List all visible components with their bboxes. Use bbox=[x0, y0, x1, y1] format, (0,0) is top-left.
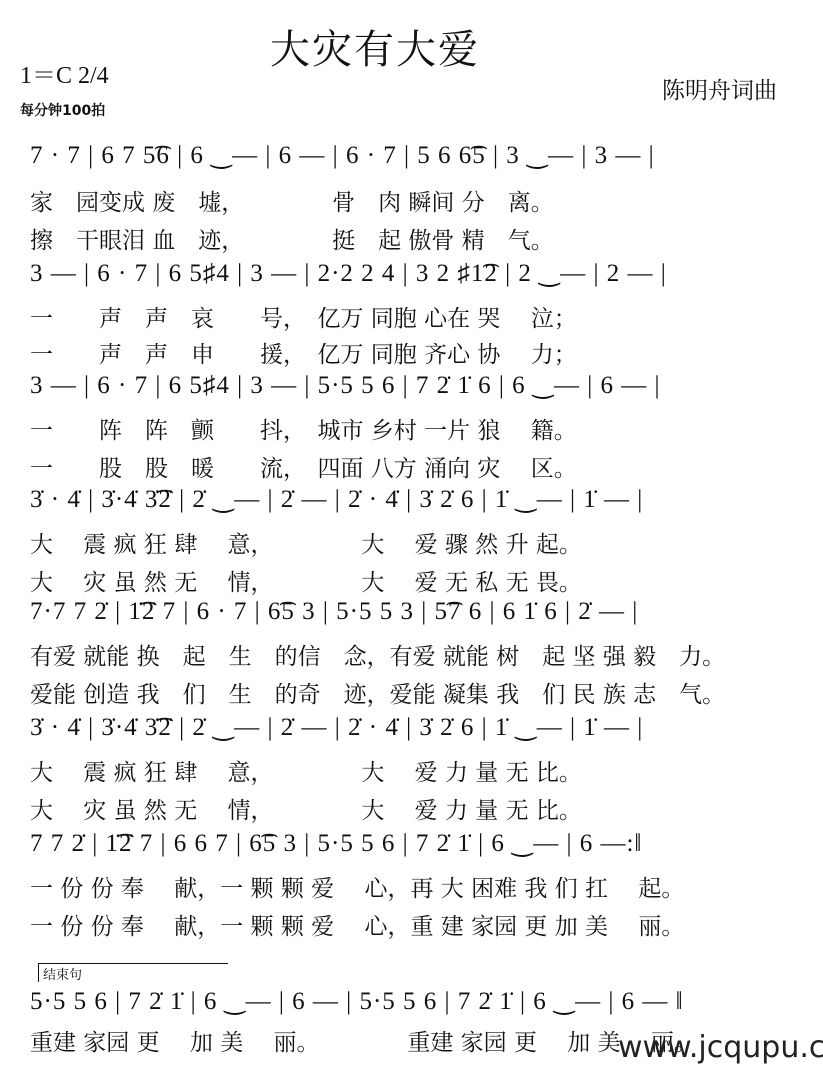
lyric-verse-2: 大 灾 虽 然 无 情， 大 爱 无 私 无 畏。 bbox=[30, 564, 582, 597]
lyric-verse-1: 大 震 疯 狂 肆 意， 大 爱 力 量 无 比。 bbox=[30, 754, 582, 787]
notation-line: 3 — | 6 · 7 | 6 5♯4 | 3 — | 5·5 5 6 | 7 … bbox=[30, 370, 661, 400]
lyric-verse-2: 大 灾 虽 然 无 情， 大 爱 力 量 无 比。 bbox=[30, 792, 582, 825]
notation-line: 7 7 2̇ | 1̇͡2̇ 7 | 6 6 7 | 6͡5 3 | 5·5 5… bbox=[30, 828, 642, 858]
lyric-verse-1: 一 份 份 奉 献，一 颗 颗 爱 心，再 大 困难 我 们 扛 起。 bbox=[30, 870, 684, 903]
lyric-verse-1: 一 声 声 哀 号， 亿万 同胞 心在 哭 泣； bbox=[30, 300, 577, 333]
notation-line: 3 — | 6 · 7 | 6 5♯4 | 3 — | 2·2 2 4 | 3 … bbox=[30, 258, 667, 288]
song-title: 大灾有大爱 bbox=[270, 18, 480, 75]
tempo-marking: 每分钟100拍 bbox=[20, 100, 105, 120]
notation-line: 7·7 7 2̇ | 1̇͡2̇ 7 | 6 · 7 | 6͡5 3 | 5·5… bbox=[30, 598, 638, 626]
lyric-verse-1: 有爱 就能 换 起 生 的信 念，有爱 就能 树 起 坚 强 毅 力。 bbox=[30, 638, 725, 671]
site-watermark: www.jcqupu.com bbox=[618, 1030, 823, 1065]
lyric-verse-1: 家 园变成 废 墟， 骨 肉 瞬间 分 离。 bbox=[30, 184, 554, 217]
lyric-verse-1: 大 震 疯 狂 肆 意， 大 爱 骤 然 升 起。 bbox=[30, 526, 582, 559]
key-time-signature: 1＝C 2/4 bbox=[20, 55, 109, 90]
composer-credit: 陈明舟词曲 bbox=[662, 72, 777, 105]
lyric-verse-2: 一 股 股 暖 流， 四面 八方 涌向 灾 区。 bbox=[30, 450, 577, 483]
notation-line: 5·5 5 6 | 7 2̇ 1̇ | 6 ‿— | 6 — | 5·5 5 6… bbox=[30, 986, 684, 1016]
lyric-verse-2: 一 份 份 奉 献，一 颗 颗 爱 心，重 建 家园 更 加 美 丽。 bbox=[30, 908, 684, 941]
notation-line: 7 · 7 | 6 7 5͡6 | 6 ‿— | 6 — | 6 · 7 | 5… bbox=[30, 140, 655, 170]
lyric-verse-2: 一 声 声 申 援， 亿万 同胞 齐心 协 力； bbox=[30, 336, 577, 369]
lyric-verse-1: 一 阵 阵 颤 抖， 城市 乡村 一片 狼 籍。 bbox=[30, 412, 577, 445]
lyric-ending: 重建 家园 更 加 美 丽。 重建 家园 更 加 美 丽。 bbox=[30, 1024, 697, 1057]
notation-line: 3̇ · 4̇ | 3̇·4̇ 3̇͡2̇ | 2̇ ‿— | 2̇ — | 2… bbox=[30, 712, 643, 742]
lyric-verse-2: 擦 干眼泪 血 迹， 挺 起 傲骨 精 气。 bbox=[30, 222, 554, 255]
ending-bracket-label: 结束句 bbox=[38, 963, 228, 982]
lyric-verse-2: 爱能 创造 我 们 生 的奇 迹，爱能 凝集 我 们 民 族 志 气。 bbox=[30, 676, 725, 709]
notation-line: 3̇ · 4̇ | 3̇·4̇ 3̇͡2̇ | 2̇ ‿— | 2̇ — | 2… bbox=[30, 484, 643, 514]
